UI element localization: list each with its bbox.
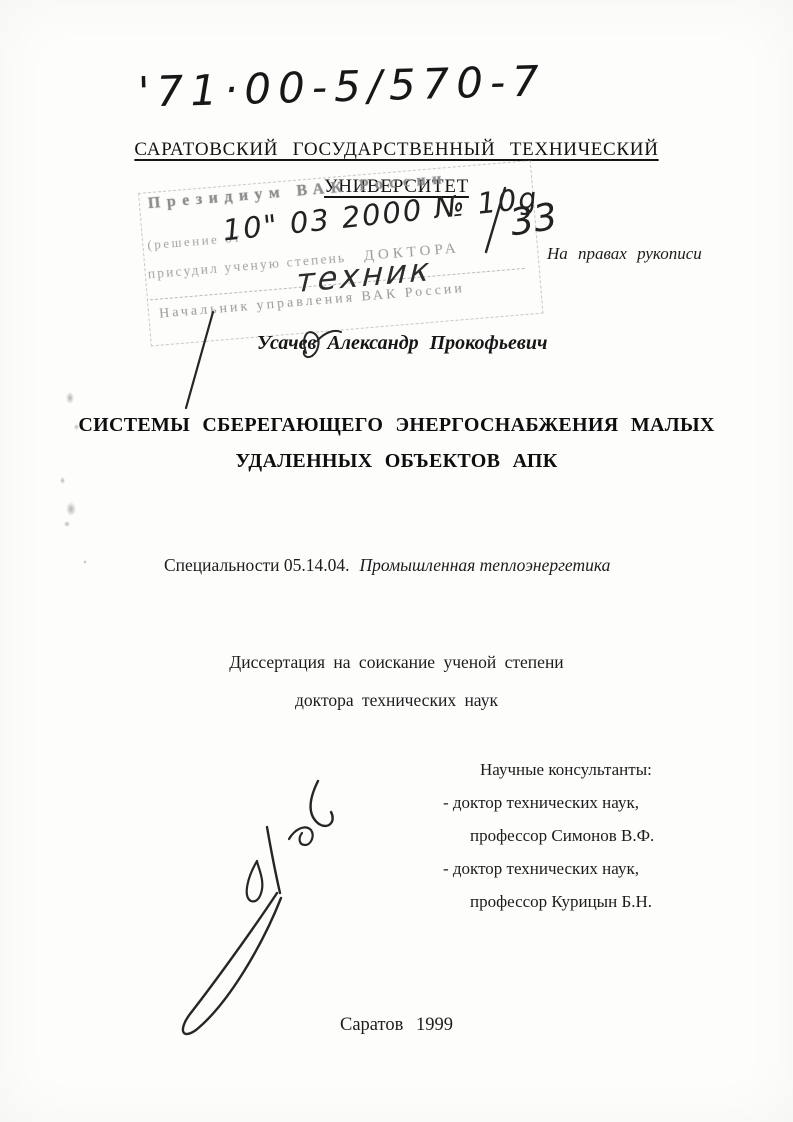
degree-statement-line2: доктора технических наук [0,690,793,711]
handwritten-call-number: '71·00-5/570-7 [137,56,546,116]
signature-stroke [267,827,280,893]
scan-speckle [66,502,76,516]
consultants-block: Научные консультанты: - доктор техническ… [443,753,654,918]
scan-speckle [60,477,65,484]
consultants-header: Научные консультанты: [443,753,654,786]
author-name: Усачев Александр Прокофьевич [257,332,547,355]
scan-speckle [66,392,74,404]
degree-statement-line1: Диссертация на соискание ученой степени [0,652,793,673]
dissertation-title-line2: УДАЛЕННЫХ ОБЪЕКТОВ АПК [0,450,793,473]
consultant-line: профессор Симонов В.Ф. [443,819,654,852]
dissertation-title-page: '71·00-5/570-7 САРАТОВСКИЙ ГОСУДАРСТВЕНН… [0,0,793,1122]
specialty-label: Специальности 05.14.04. [164,555,350,575]
scan-speckle [74,424,79,430]
consultant-line: - доктор технических наук, [443,852,654,885]
signature-squiggle [289,827,313,845]
university-name-line1: САРАТОВСКИЙ ГОСУДАРСТВЕННЫЙ ТЕХНИЧЕСКИЙ [0,139,793,161]
manuscript-rights-note: На правах рукописи [547,244,702,264]
scan-speckle [83,560,87,564]
consultant-line: профессор Курицын Б.Н. [443,885,654,918]
specialty-value: Промышленная теплоэнергетика [360,555,611,575]
dissertation-title-line1: СИСТЕМЫ СБЕРЕГАЮЩЕГО ЭНЕРГОСНАБЖЕНИЯ МАЛ… [0,414,793,437]
imprint-city-year: Саратов 1999 [0,1015,793,1036]
specialty-line: Специальности 05.14.04.Промышленная тепл… [164,555,610,576]
signature-small-loop [247,861,263,901]
signature-big-loop [183,893,281,1034]
consultant-line: - доктор технических наук, [443,786,654,819]
scan-speckle [64,521,70,527]
signature-hook [311,781,333,826]
handwritten-case-number: 33 [507,195,560,245]
